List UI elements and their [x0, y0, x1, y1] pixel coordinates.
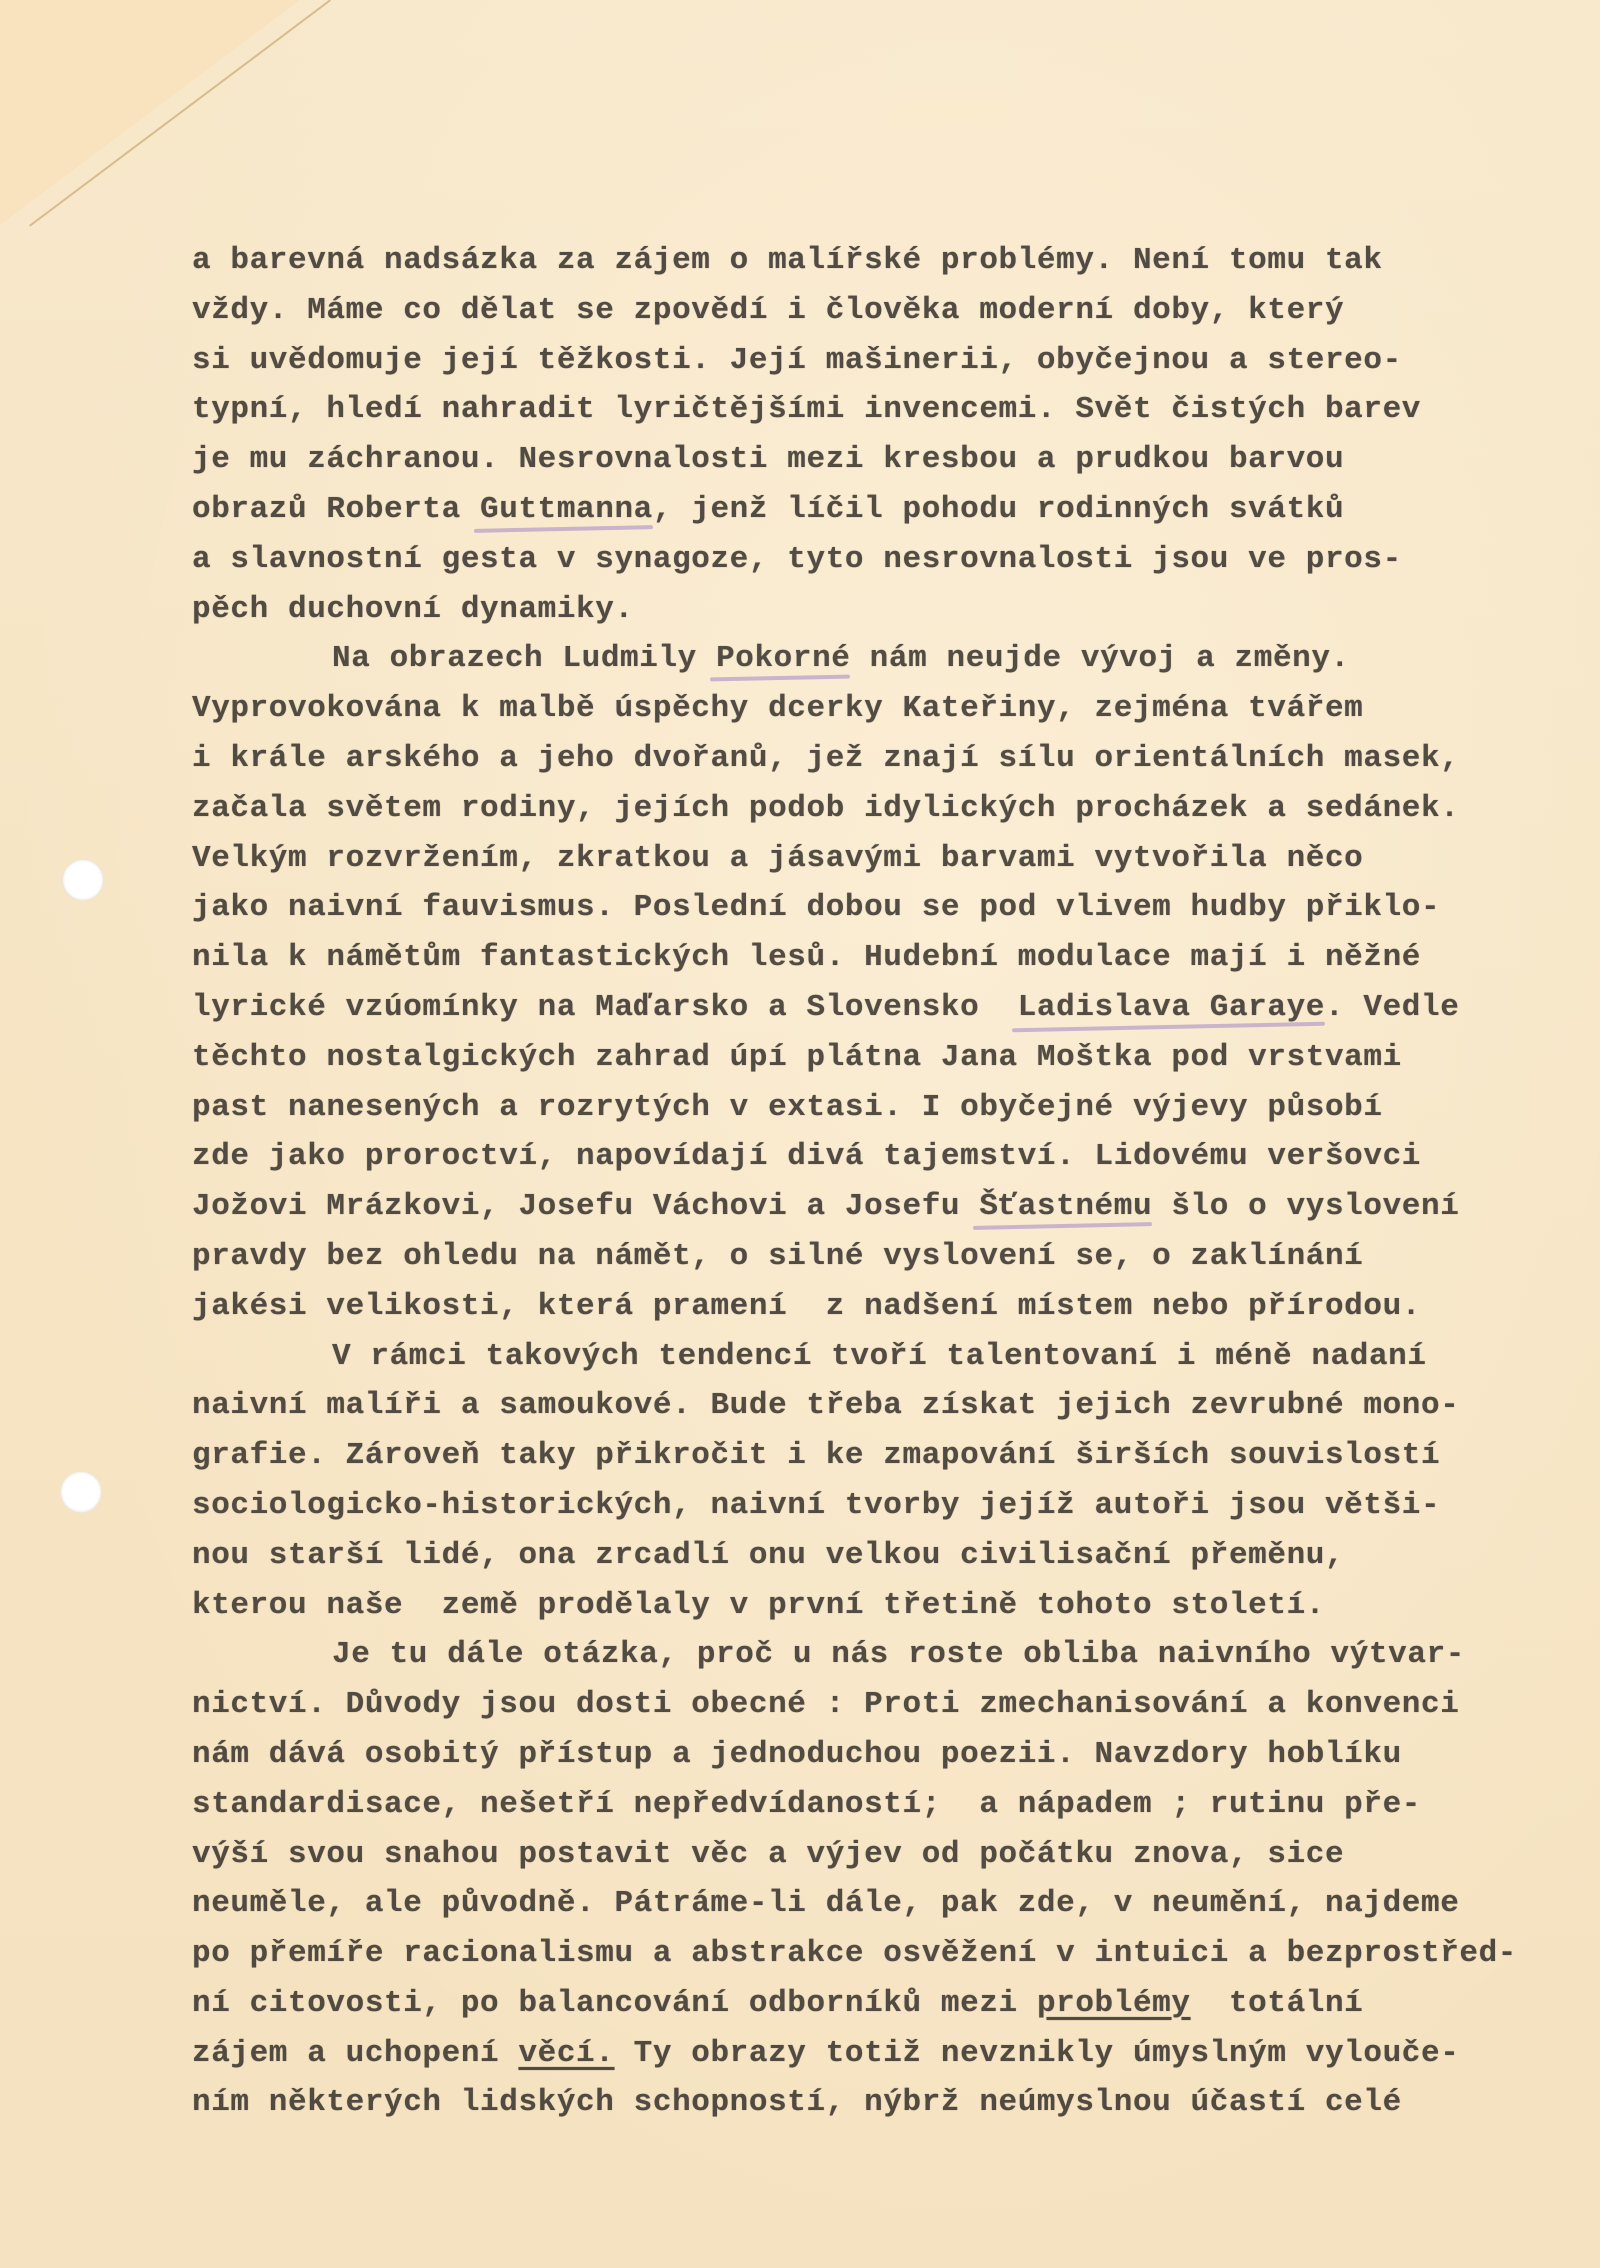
typewritten-text: a barevná nadsázka za zájem o malířské p…: [192, 236, 1572, 2128]
text-line: zájem a uchopení věcí. Ty obrazy totiž n…: [192, 2029, 1572, 2079]
text-segment: ní citovosti, po balancování odborníků m…: [192, 1986, 1037, 2021]
text-line: nila k námětům fantastických lesů. Hudeb…: [192, 933, 1572, 983]
text-segment: Ty obrazy totiž nevznikly úmyslným vylou…: [614, 2036, 1459, 2071]
text-line: lyrické vzúomínky na Maďarsko a Slovensk…: [192, 983, 1572, 1033]
text-line: neuměle, ale původně. Pátráme-li dále, p…: [192, 1879, 1572, 1929]
paragraph-start: Je tu dále otázka, proč u nás roste obli…: [192, 1630, 1572, 1680]
text-segment: zájem a uchopení: [192, 2036, 518, 2071]
text-segment: totální: [1191, 1986, 1364, 2021]
text-line: typní, hledí nahradit lyričtějšími inven…: [192, 385, 1572, 435]
underlined-word: věcí.: [518, 2036, 614, 2071]
text-line: past nanesených a rozrytých v extasi. I …: [192, 1083, 1572, 1133]
text-line: Jožovi Mrázkovi, Josefu Váchovi a Josefu…: [192, 1182, 1572, 1232]
text-line: naivní malíři a samoukové. Bude třeba zí…: [192, 1381, 1572, 1431]
underlined-name: Ladislava Garaye: [1018, 990, 1325, 1025]
text-segment: obrazů Roberta: [192, 492, 480, 527]
text-line: vždy. Máme co dělat se zpovědí i člověka…: [192, 286, 1572, 336]
folded-corner: [0, 0, 300, 225]
text-line: a barevná nadsázka za zájem o malířské p…: [192, 236, 1572, 286]
text-line: sociologicko-historických, naivní tvorby…: [192, 1481, 1572, 1531]
paragraph-start: V rámci takových tendencí tvoří talentov…: [192, 1332, 1572, 1382]
text-line: jako naivní fauvismus. Poslední dobou se…: [192, 883, 1572, 933]
text-line: kterou naše země prodělaly v první třeti…: [192, 1581, 1572, 1631]
text-line: jakési velikosti, která pramení z nadšen…: [192, 1282, 1572, 1332]
text-line: pravdy bez ohledu na námět, o silné vysl…: [192, 1232, 1572, 1282]
underlined-name: Pokorné: [716, 641, 850, 676]
text-line: nám dává osobitý přístup a jednoduchou p…: [192, 1730, 1572, 1780]
text-segment: . Vedle: [1325, 990, 1459, 1025]
text-line: je mu záchranou. Nesrovnalosti mezi kres…: [192, 435, 1572, 485]
text-line: nou starší lidé, ona zrcadlí onu velkou …: [192, 1531, 1572, 1581]
text-line: ním některých lidských schopností, nýbrž…: [192, 2078, 1572, 2128]
text-line: obrazů Roberta Guttmanna, jenž líčil poh…: [192, 485, 1572, 535]
text-line: zde jako proroctví, napovídají divá taje…: [192, 1132, 1572, 1182]
text-line: i krále arského a jeho dvořanů, jež znaj…: [192, 734, 1572, 784]
text-line: pěch duchovní dynamiky.: [192, 585, 1572, 635]
text-line: výší svou snahou postavit věc a výjev od…: [192, 1830, 1572, 1880]
underlined-name: Guttmanna: [480, 492, 653, 527]
text-line: standardisace, nešetří nepředvídaností; …: [192, 1780, 1572, 1830]
paragraph-start: Na obrazech Ludmily Pokorné nám neujde v…: [192, 634, 1572, 684]
punch-hole-upper: [62, 859, 104, 901]
text-segment: , jenž líčil pohodu rodinných svátků: [653, 492, 1344, 527]
text-line: po přemíře racionalismu a abstrakce osvě…: [192, 1929, 1572, 1979]
document-page: a barevná nadsázka za zájem o malířské p…: [0, 0, 1600, 2268]
underlined-name: Šťastnému: [979, 1189, 1152, 1224]
punch-hole-lower: [60, 1471, 102, 1513]
text-segment: Jožovi Mrázkovi, Josefu Váchovi a Josefu: [192, 1189, 979, 1224]
text-segment: Na obrazech Ludmily: [332, 641, 716, 676]
text-line: grafie. Zároveň taky přikročit i ke zmap…: [192, 1431, 1572, 1481]
text-segment: šlo o vyslovení: [1152, 1189, 1459, 1224]
text-line: Vyprovokována k malbě úspěchy dcerky Kat…: [192, 684, 1572, 734]
text-line: Velkým rozvržením, zkratkou a jásavými b…: [192, 834, 1572, 884]
text-line: začala světem rodiny, jejích podob idyli…: [192, 784, 1572, 834]
text-line: nictví. Důvody jsou dosti obecné : Proti…: [192, 1680, 1572, 1730]
text-segment: nám neujde vývoj a změny.: [850, 641, 1349, 676]
underlined-word: problémy: [1037, 1986, 1191, 2021]
text-line: a slavnostní gesta v synagoze, tyto nesr…: [192, 535, 1572, 585]
text-segment: lyrické vzúomínky na Maďarsko a Slovensk…: [192, 990, 1018, 1025]
text-line: ní citovosti, po balancování odborníků m…: [192, 1979, 1572, 2029]
text-line: si uvědomuje její těžkosti. Její mašiner…: [192, 336, 1572, 386]
text-line: těchto nostalgických zahrad úpí plátna J…: [192, 1033, 1572, 1083]
